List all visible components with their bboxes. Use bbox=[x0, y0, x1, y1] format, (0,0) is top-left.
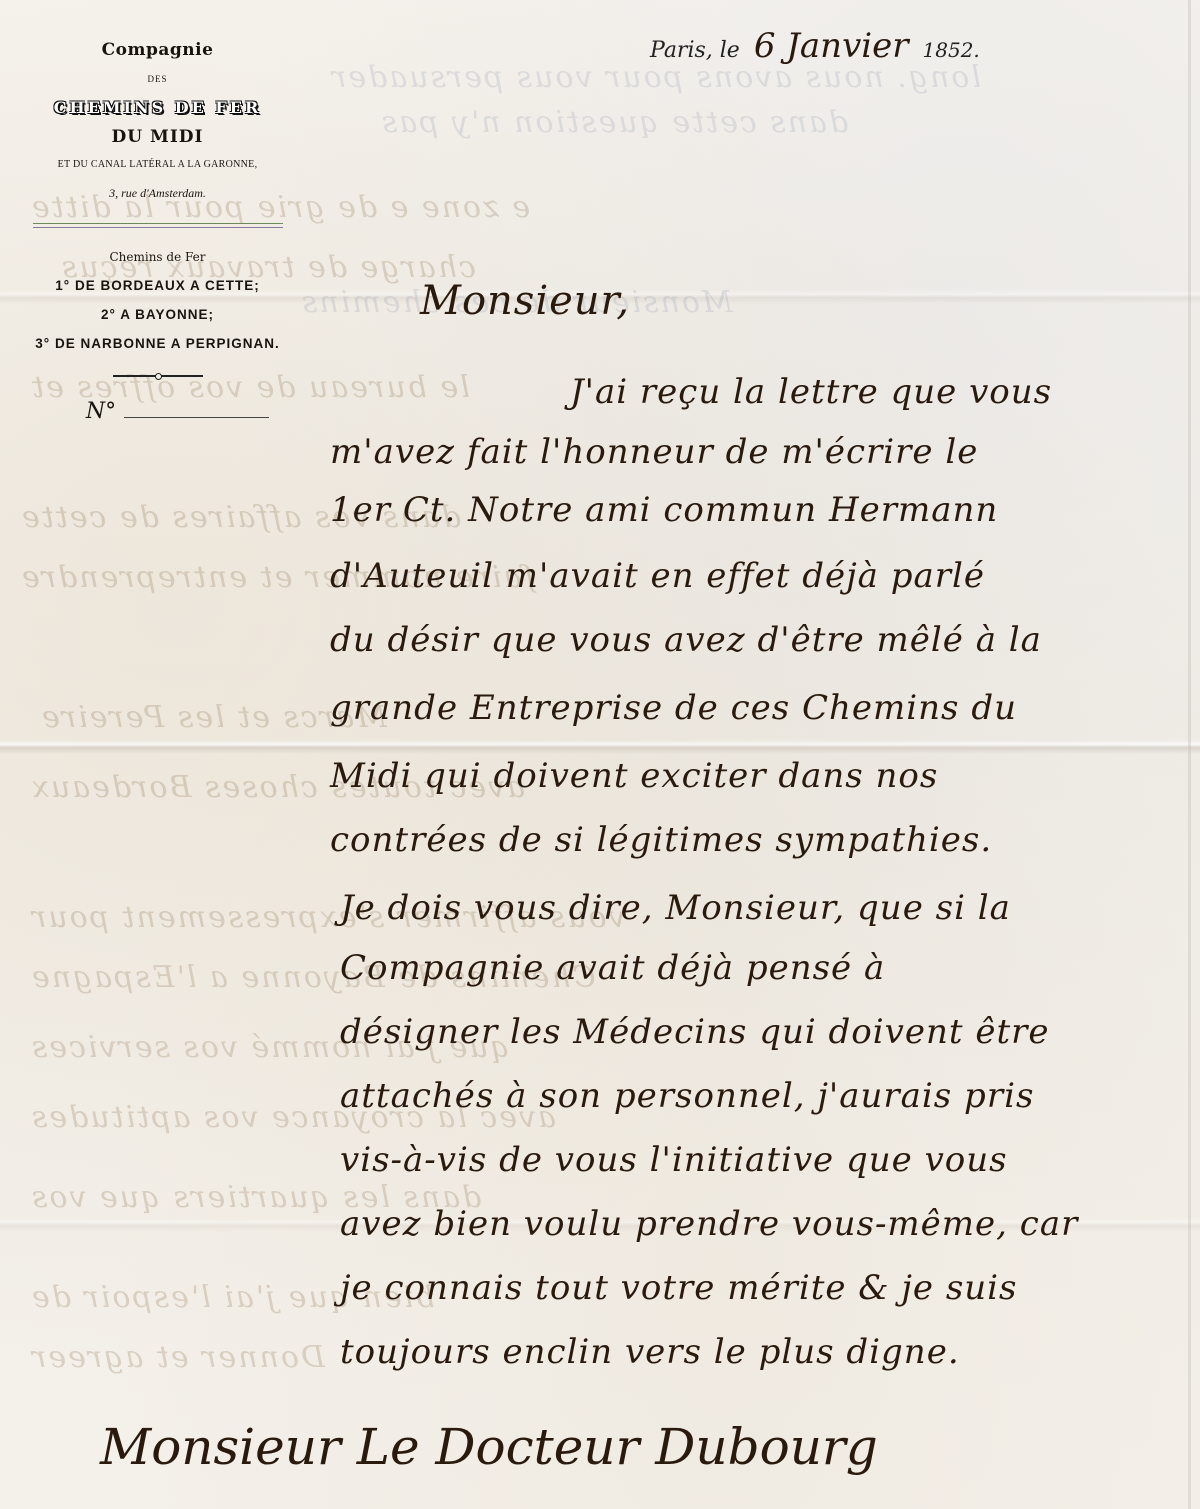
letterhead-canal: ET DU CANAL LATÉRAL A LA GARONNE, bbox=[20, 159, 295, 170]
bleed-through-text: dans cette question n'y pas bbox=[380, 105, 848, 140]
date-place: Paris, le bbox=[650, 38, 740, 63]
letter-line: avez bien voulu prendre vous-même, car bbox=[340, 1204, 1078, 1244]
letter-line: grande Entreprise de ces Chemins du bbox=[330, 688, 1017, 728]
letter-line: Compagnie avait déjà pensé à bbox=[340, 948, 885, 988]
letterhead-route-line: 1° DE BORDEAUX A CETTE; bbox=[20, 278, 295, 293]
letter-line: du désir que vous avez d'être mêlé à la bbox=[330, 620, 1042, 660]
letterhead-subtitle: Chemins de Fer bbox=[20, 250, 295, 264]
letterhead-number-field: N° bbox=[60, 399, 295, 424]
letterhead-address: 3, rue d'Amsterdam. bbox=[20, 186, 295, 201]
letterhead-des: DES bbox=[20, 74, 295, 84]
addressee-line: Monsieur Le Docteur Dubourg bbox=[100, 1418, 878, 1476]
letterhead-divider bbox=[33, 223, 283, 228]
letter-line: 1er Ct. Notre ami commun Hermann bbox=[330, 490, 998, 530]
letterhead-du-midi: DU MIDI bbox=[20, 127, 295, 147]
letterhead-chemins-de-fer: CHEMINS DE FER bbox=[20, 98, 295, 117]
letter-line: J'ai reçu la lettre que vous bbox=[570, 372, 1052, 412]
ornament-divider-icon bbox=[113, 375, 203, 377]
letter-line: je connais tout votre mérite & je suis bbox=[340, 1268, 1018, 1308]
date-year: 1852. bbox=[923, 38, 980, 62]
date-handwritten: 6 Janvier bbox=[754, 26, 909, 66]
letterhead-route-line: 2° A BAYONNE; bbox=[20, 307, 295, 322]
paper-edge bbox=[1188, 0, 1191, 1509]
letter-line: vis-à-vis de vous l'initiative que vous bbox=[340, 1140, 1008, 1180]
salutation: Monsieur, bbox=[420, 278, 630, 324]
letter-sheet: long. nous avons pour vous persuader dan… bbox=[0, 0, 1200, 1509]
letterhead: Compagnie DES CHEMINS DE FER DU MIDI ET … bbox=[20, 40, 295, 424]
letter-line: m'avez fait l'honneur de m'écrire le bbox=[330, 432, 978, 472]
dateline: Paris, le 6 Janvier 1852. bbox=[650, 26, 980, 66]
letter-line: contrées de si légitimes sympathies. bbox=[330, 820, 992, 860]
letter-line: toujours enclin vers le plus digne. bbox=[340, 1332, 960, 1372]
letterhead-route-line: 3° DE NARBONNE A PERPIGNAN. bbox=[20, 336, 295, 351]
number-label: N° bbox=[86, 399, 116, 424]
letter-line: désigner les Médecins qui doivent être bbox=[340, 1012, 1050, 1052]
letter-line: Je dois vous dire, Monsieur, que si la bbox=[340, 888, 1011, 928]
number-blank-line bbox=[124, 417, 269, 418]
letterhead-compagnie: Compagnie bbox=[20, 40, 295, 60]
letter-line: attachés à son personnel, j'aurais pris bbox=[340, 1076, 1034, 1116]
letter-line: Midi qui doivent exciter dans nos bbox=[330, 756, 938, 796]
bleed-through-text: Donner et agreer bbox=[30, 1340, 325, 1375]
paper-fold-crease bbox=[0, 740, 1200, 754]
letter-line: d'Auteuil m'avait en effet déjà parlé bbox=[330, 556, 985, 596]
